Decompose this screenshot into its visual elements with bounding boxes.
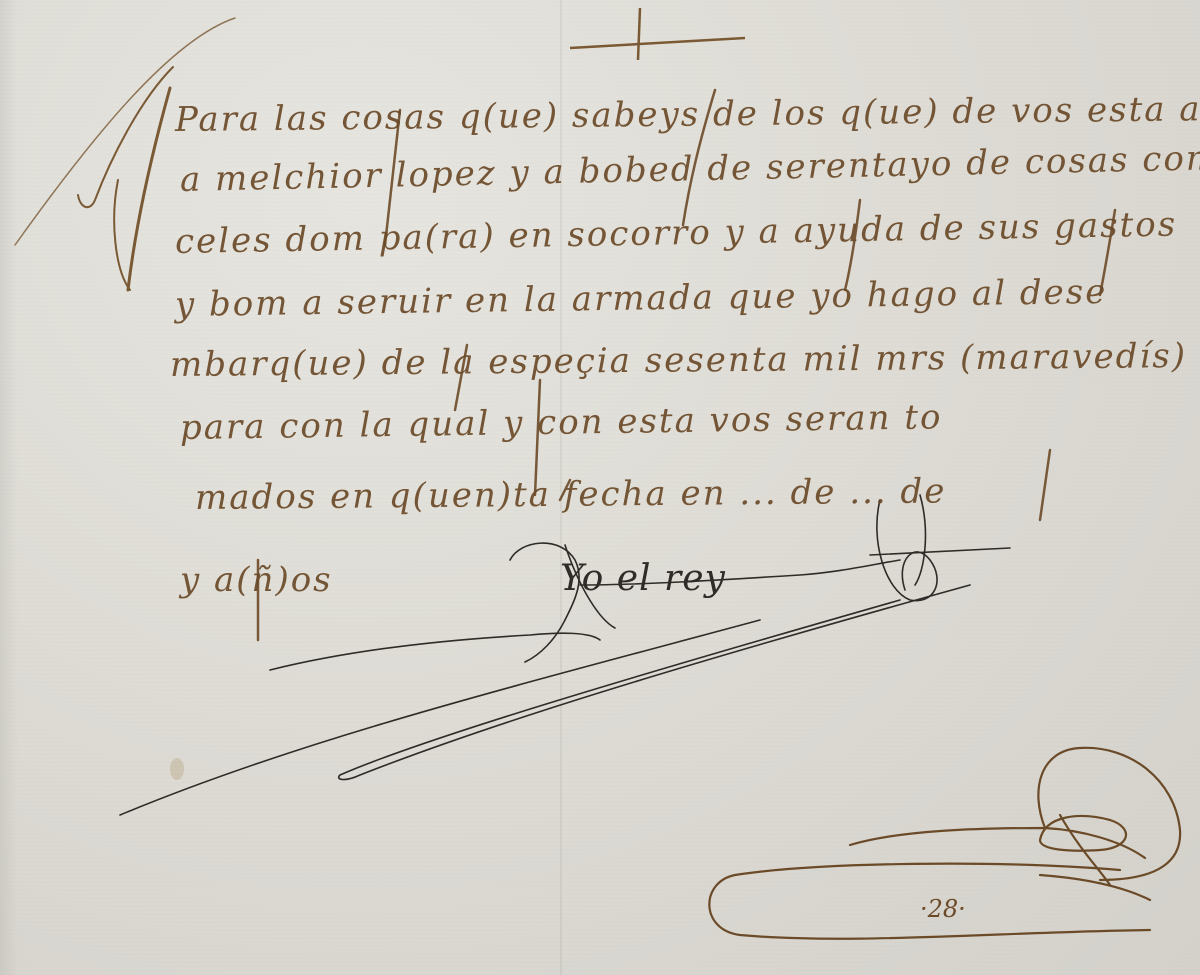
secretary-number-mark: ·28· bbox=[920, 895, 966, 923]
signature-yo-el-rey bbox=[120, 495, 1010, 815]
manuscript-line-8: y a(ñ)os bbox=[180, 560, 333, 600]
royal-signature: Yo el rey bbox=[560, 558, 726, 599]
manuscript-line-7: mados en q(uen)ta fecha en ... de ... de bbox=[195, 471, 947, 518]
top-cross-mark bbox=[570, 8, 745, 60]
manuscript-paper: Para las cosas q(ue) sabeys de los q(ue)… bbox=[0, 0, 1200, 975]
